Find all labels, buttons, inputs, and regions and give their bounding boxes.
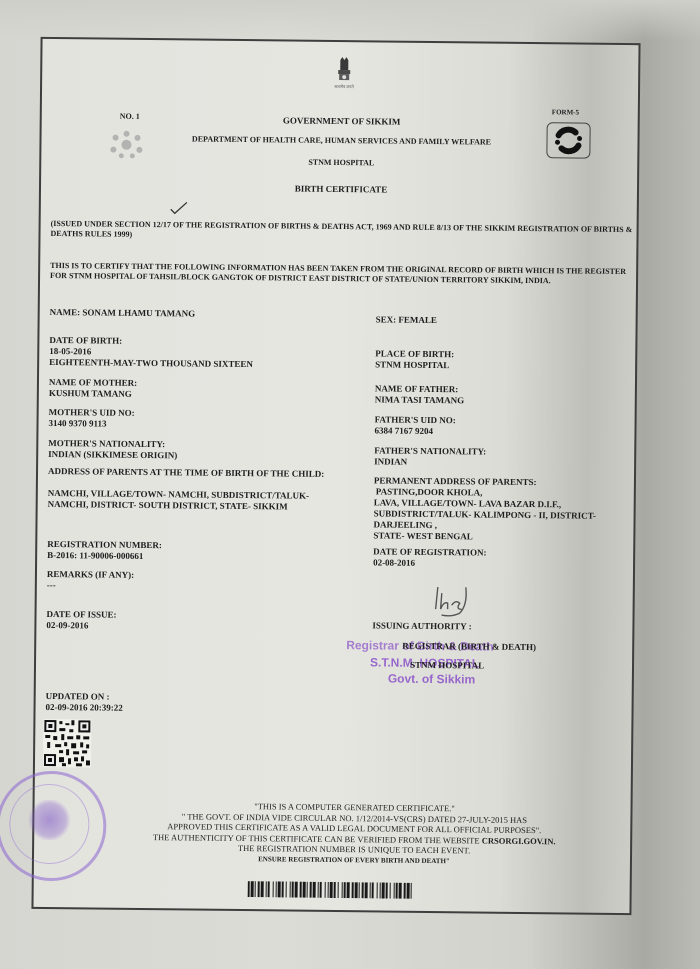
date-of-registration-field: DATE OF REGISTRATION: 02-08-2016 [373, 546, 623, 571]
birth-certificate: सत्यमेव जयते NO. 1 FORM-5 GOVERNMENT OF … [31, 37, 640, 915]
mother-nationality-value: INDIAN (SIKKIMESE ORIGIN) [48, 449, 358, 463]
sex-value: FEMALE [398, 315, 437, 325]
footer-notice: "THIS IS A COMPUTER GENERATED CERTIFICAT… [94, 799, 615, 867]
updated-on-field: UPDATED ON : 02-09-2016 20:39:22 [46, 691, 356, 716]
background-shade [0, 0, 700, 40]
father-uid-value: 6384 7167 9204 [374, 425, 624, 439]
remarks-field: REMARKS (IF ANY): --- [47, 569, 357, 594]
dob-field: DATE OF BIRTH: 18-05-2016 EIGHTEENTH-MAY… [49, 335, 359, 371]
sex-field: SEX: FEMALE [376, 314, 626, 328]
date-of-issue-value: 02-09-2016 [46, 620, 356, 634]
sex-label: SEX: [376, 314, 397, 324]
name-label: NAME: [50, 307, 81, 317]
place-of-birth-field: PLACE OF BIRTH: STNM HOSPITAL [375, 348, 625, 373]
crs-logo-icon [546, 122, 590, 158]
place-of-birth-value: STNM HOSPITAL [375, 359, 625, 373]
qr-code-icon [43, 719, 92, 768]
name-value: SONAM LHAMU TAMANG [82, 307, 195, 318]
mother-name-value: KUSHUM TAMANG [49, 388, 359, 402]
father-name-value: NIMA TASI TAMANG [375, 394, 625, 408]
department-heading: DEPARTMENT OF HEALTH CARE, HUMAN SERVICE… [131, 134, 551, 147]
certification-statement: THIS IS TO CERTIFY THAT THE FOLLOWING IN… [50, 261, 640, 287]
mother-nationality-field: MOTHER'S NATIONALITY: INDIAN (SIKKIMESE … [48, 438, 358, 463]
father-nationality-field: FATHER'S NATIONALITY: INDIAN [374, 445, 624, 470]
address-at-birth-label: ADDRESS OF PARENTS AT THE TIME OF BIRTH … [48, 466, 358, 480]
address-at-birth-value: NAMCHI, VILLAGE/TOWN- NAMCHI, SUBDISTRIC… [48, 488, 348, 513]
permanent-address-field: PERMANENT ADDRESS OF PARENTS: PASTING,DO… [373, 475, 624, 544]
father-uid-field: FATHER'S UID NO: 6384 7167 9204 [374, 414, 624, 439]
father-name-field: NAME OF FATHER: NIMA TASI TAMANG [375, 383, 625, 408]
registration-number-value: B-2016: 11-90006-000661 [47, 550, 357, 564]
certificate-serial-number: NO. 1 [120, 112, 140, 121]
verification-website-link[interactable]: CRSORGI.GOV.IN. [482, 835, 556, 846]
father-nationality-value: INDIAN [374, 456, 624, 470]
mother-name-field: NAME OF MOTHER: KUSHUM TAMANG [49, 377, 359, 402]
updated-on-value: 02-09-2016 20:39:22 [46, 702, 356, 716]
certificate-title: BIRTH CERTIFICATE [141, 182, 541, 196]
registration-number-field: REGISTRATION NUMBER: B-2016: 11-90006-00… [47, 539, 357, 564]
registrar-designation: REGISTRAR (BIRTH & DEATH) [402, 641, 602, 654]
hospital-heading: STNM HOSPITAL [141, 156, 541, 169]
national-emblem-icon [332, 56, 356, 86]
dob-words: EIGHTEENTH-MAY-TWO THOUSAND SIXTEEN [49, 357, 359, 371]
form-number: FORM-5 [552, 108, 579, 116]
name-field: NAME: SONAM LHAMU TAMANG [50, 307, 360, 321]
date-of-registration-value: 02-08-2016 [373, 557, 623, 571]
office-round-seal [0, 770, 107, 881]
remarks-value: --- [47, 580, 357, 594]
issued-under-clause: (ISSUED UNDER SECTION 12/17 OF THE REGIS… [50, 219, 640, 245]
checkmark-icon [169, 200, 189, 214]
registrar-stamp-line-3: Govt. of Sikkim [388, 672, 476, 687]
permanent-address-line: STATE- WEST BENGAL [373, 530, 623, 544]
registrar-office: STNM HOSPITAL [410, 660, 610, 673]
mother-uid-value: 3140 9370 9113 [48, 418, 358, 432]
government-heading: GOVERNMENT OF SIKKIM [142, 114, 542, 128]
mother-uid-field: MOTHER'S UID NO: 3140 9370 9113 [48, 407, 358, 432]
date-of-issue-field: DATE OF ISSUE: 02-09-2016 [46, 609, 356, 634]
barcode-icon [248, 881, 414, 899]
round-seal-emblem-icon [27, 800, 71, 840]
emblem-motto: सत्यमेव जयते [322, 84, 366, 90]
issuing-authority-label: ISSUING AUTHORITY : [372, 620, 572, 633]
signature-icon [402, 583, 482, 620]
